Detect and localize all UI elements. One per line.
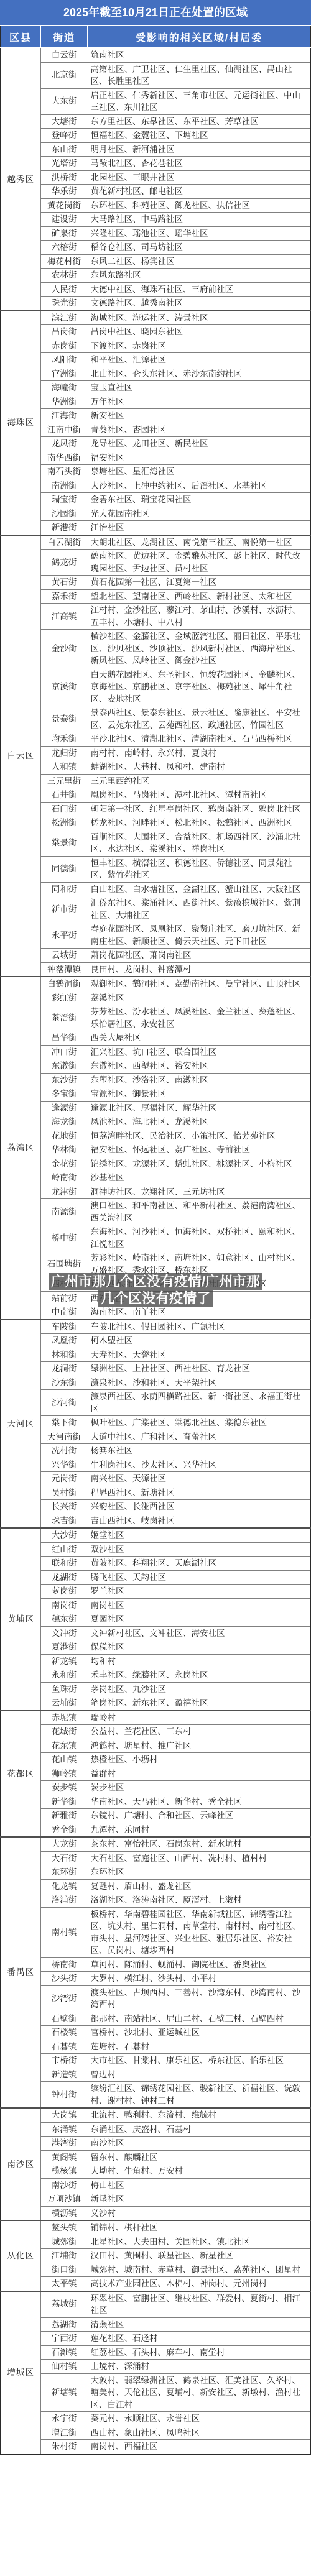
table-row: 花山镇热橙社区、小坜村 xyxy=(1,1753,310,1767)
street-cell: 南沙街 xyxy=(40,2178,88,2192)
table-row: 三元里街三元里西约社区 xyxy=(1,774,310,788)
table-row: 南石头街泉塘社区、星汇湾社区 xyxy=(1,465,310,479)
street-cell: 南华西街 xyxy=(40,451,88,465)
street-cell: 横沥镇 xyxy=(40,2206,88,2220)
areas-cell: 杨箕东社区 xyxy=(88,1444,310,1458)
table-row: 茶滘街芬芳社区、汾水社区、凤溪社区、金兰社区、葵蓬社区、乐怡居社区、永安社区 xyxy=(1,1005,310,1031)
street-cell: 穗东街 xyxy=(40,1612,88,1627)
areas-cell: 白山社区、白水塘社区、金湖社区、蟹山社区、大陂社区 xyxy=(88,882,310,896)
table-row: 沙湾街渡头社区、古坝西村、三善村、沙湾东村、沙湾南村、沙湾西村 xyxy=(1,1985,310,2012)
areas-cell: 东涌社区、庆盛村、石基村 xyxy=(88,2122,310,2137)
areas-cell: 启正社区、仁秀新社区、三角市社区、元运街社区、中山三社区、东川社区 xyxy=(88,88,310,114)
table-row: 洪桥街北园社区、三眼井社区 xyxy=(1,170,310,185)
areas-cell: 鸿鹤村、塘星村、推广社区 xyxy=(88,1739,310,1753)
table-row: 凤阳街和平社区、汇源社区 xyxy=(1,353,310,367)
district-cell: 荔湾区 xyxy=(1,977,40,1320)
table-body: 越秀区白云街筑南社区北京街高第社区、广卫社区、仁生里社区、仙湖社区、禺山社区、长… xyxy=(1,48,310,2454)
street-cell: 鳌头镇 xyxy=(40,2220,88,2235)
table-row: 炭步镇炭步社区 xyxy=(1,1781,310,1795)
table-row: 横沥镇义沙村 xyxy=(1,2206,310,2220)
table-row: 南村镇板桥村、华南碧桂园社区、华南新城社区、锦绣香江社区、坑头村、里仁洞村、南草… xyxy=(1,1907,310,1957)
table-row: 冼村街杨箕东社区 xyxy=(1,1444,310,1458)
table-row: 同德街恒丰社区、横滘社区、积德社区、侨德社区、同景苑社区、紫竹苑社区 xyxy=(1,856,310,882)
areas-cell: 大坳村、牛角村、万安村 xyxy=(88,2164,310,2179)
areas-cell: 稻谷仓社区、司马坊社区 xyxy=(88,241,310,255)
street-cell: 榄核镇 xyxy=(40,2164,88,2179)
table-row: 黄花岗街东环社区、科苑社区、御龙社区、执信社区 xyxy=(1,198,310,213)
areas-cell: 铺锦村、棋杆社区 xyxy=(88,2220,310,2235)
street-cell: 洪桥街 xyxy=(40,170,88,185)
areas-cell: 复甦村、眉山村、盛龙社区 xyxy=(88,1879,310,1893)
street-cell: 云城街 xyxy=(40,949,88,963)
street-cell: 松洲街 xyxy=(40,816,88,830)
areas-cell: 海城社区、海运社区、涛景社区 xyxy=(88,311,310,325)
areas-cell: 马鞍北社区、杏花巷社区 xyxy=(88,157,310,171)
areas-cell: 保税社区 xyxy=(88,1640,310,1655)
table-row: 西村街环市西苑社区、西湾社区、增埗社区、长乐社区 xyxy=(1,1277,310,1292)
table-row: 龙津街洞神坊社区、龙翔社区、三元坊社区 xyxy=(1,1185,310,1199)
table-row: 大东街启正社区、仁秀新社区、三角市社区、元运街社区、中山三社区、东川社区 xyxy=(1,88,310,114)
table-row: 石碁镇莲塘村、石碁村 xyxy=(1,2040,310,2054)
street-cell: 永宁街 xyxy=(40,2412,88,2426)
street-cell: 新华街 xyxy=(40,1795,88,1809)
table-row: 花地街恒荔湾畔社区、民治社区、小策社区、怡芳苑社区 xyxy=(1,1129,310,1143)
street-cell: 宁西街 xyxy=(40,2332,88,2346)
street-cell: 新市街 xyxy=(40,896,88,922)
areas-cell: 西关大屋社区 xyxy=(88,1031,310,1046)
areas-cell: 三元里西约社区 xyxy=(88,774,310,788)
table-row: 岭南街沙基社区 xyxy=(1,1171,310,1185)
areas-cell: 景泰西社区、景泰东社区、景云社区、隆康社区、平安社区、云苑东社区、云苑西社区、政… xyxy=(88,706,310,732)
areas-cell: 上境村、深涌村 xyxy=(88,2360,310,2374)
areas-cell: 大罗村、横江村、沙头村、小平村 xyxy=(88,1972,310,1986)
street-cell: 海龙街 xyxy=(40,1115,88,1129)
table-row: 天河区车陂街车陂北社区、假日园社区、广氮社区 xyxy=(1,1320,310,1334)
areas-cell: 东海社区、河沙社区、恒海社区、双桥社区、颐和社区、江悦社区 xyxy=(88,1225,310,1251)
areas-cell: 双沙社区 xyxy=(88,1542,310,1557)
areas-cell: 莲塘村、石碁村 xyxy=(88,2040,310,2054)
table-row: 员村街程界西社区、新塘社区 xyxy=(1,1486,310,1500)
table-row: 秀全街九潭村、乐同村 xyxy=(1,1823,310,1837)
areas-cell: 兴隆社区、瑶池社区、瑶华社区 xyxy=(88,226,310,241)
areas-cell: 环翠社区、富鹏社区、继枝社区、群爱村、夏街村、相江社区 xyxy=(88,2291,310,2318)
street-cell: 东涌镇 xyxy=(40,2122,88,2137)
street-cell: 大岗镇 xyxy=(40,2108,88,2122)
street-cell: 桥中街 xyxy=(40,1225,88,1251)
table-row: 港湾街南沙社区 xyxy=(1,2137,310,2151)
areas-cell: 禾丰社区、绿藤社区、永岗社区 xyxy=(88,1668,310,1683)
street-cell: 金花街 xyxy=(40,1157,88,1171)
table-row: 南洲街大沙社区、上冲中约社区、后滘社区、水基社区 xyxy=(1,479,310,493)
column-header-district: 区县 xyxy=(1,26,40,48)
street-cell: 石壁街 xyxy=(40,2012,88,2026)
street-cell: 赤岗街 xyxy=(40,339,88,353)
areas-cell: 夏园社区 xyxy=(88,1612,310,1627)
district-cell: 番禺区 xyxy=(1,1837,40,2108)
street-cell: 海幢街 xyxy=(40,381,88,395)
street-cell: 江高镇 xyxy=(40,604,88,630)
street-cell: 元岗街 xyxy=(40,1472,88,1486)
street-cell: 东环街 xyxy=(40,1865,88,1880)
areas-cell: 黄陂社区、科翔社区、天鹿湖社区 xyxy=(88,1557,310,1571)
areas-cell: 均和村 xyxy=(88,1654,310,1668)
table-row: 狮岭镇益群村 xyxy=(1,1767,310,1781)
street-cell: 荔湖街 xyxy=(40,2317,88,2332)
street-cell: 均禾街 xyxy=(40,732,88,747)
table-row: 联和街黄陂社区、科翔社区、天鹿湖社区 xyxy=(1,1557,310,1571)
areas-cell: 宝玉直社区 xyxy=(88,381,310,395)
street-cell: 鱼珠街 xyxy=(40,1682,88,1696)
street-cell: 萝岗街 xyxy=(40,1585,88,1599)
street-cell: 天河南街 xyxy=(40,1430,88,1444)
street-cell: 大沙街 xyxy=(40,1528,88,1542)
table-row: 街口街城郊村、城南村、赤草村、御景社区、荔苑社区、团星村 xyxy=(1,2263,310,2277)
table-row: 元岗街南兴社区、天源社区 xyxy=(1,1472,310,1486)
street-cell: 狮岭镇 xyxy=(40,1767,88,1781)
street-cell: 大石街 xyxy=(40,1851,88,1865)
table-row: 云埔街笔岗社区、新东社区、盈禧社区 xyxy=(1,1696,310,1711)
areas-cell: 缤纷汇社区、锦绣花园社区、骏新社区、祈福社区、诜敦村、谢村村、钟村三村 xyxy=(88,2082,310,2109)
street-cell: 花地街 xyxy=(40,1129,88,1143)
street-cell: 同和街 xyxy=(40,882,88,896)
street-cell: 永和街 xyxy=(40,1668,88,1683)
areas-cell: 东塱社区、沙洛社区、南漖社区 xyxy=(88,1073,310,1087)
areas-cell: 柯木塱社区 xyxy=(88,1334,310,1348)
table-row: 朱村街南岗村、西福社区 xyxy=(1,2440,310,2454)
street-cell: 龙归街 xyxy=(40,746,88,760)
street-cell: 冼村街 xyxy=(40,1444,88,1458)
street-cell: 街口街 xyxy=(40,2263,88,2277)
areas-cell: 东漖社区、西塱社区、裕安社区 xyxy=(88,1059,310,1074)
table-row: 六榕街稻谷仓社区、司马坊社区 xyxy=(1,241,310,255)
street-cell: 洛浦街 xyxy=(40,1893,88,1908)
areas-cell: 北星社区、大夫田村、关围社区、镇北社区 xyxy=(88,2235,310,2249)
areas-cell: 海南社区、南丫社区 xyxy=(88,1305,310,1320)
street-cell: 港湾街 xyxy=(40,2137,88,2151)
table-row: 穗东街夏园社区 xyxy=(1,1612,310,1627)
table-row: 松洲街槎龙社区、河畔社区、松北社区、松鹤社区、西洲社区 xyxy=(1,816,310,830)
table-row: 石门街朝阳第一社区、红星亭岗社区、鸦岗南社区、鸦岗北社区 xyxy=(1,802,310,816)
table-row: 棠景街百顺社区、大围社区、合益社区、机场西社区、沙涌北社区、水边社区、棠溪社区、… xyxy=(1,830,310,856)
areas-cell: 蚌湖社区、大巷村、凤和村、建南村 xyxy=(88,760,310,775)
street-cell: 江海街 xyxy=(40,409,88,423)
table-row: 花城街公益村、兰花社区、三东村 xyxy=(1,1725,310,1739)
areas-cell: 牛利岗社区、沙太社区、兴华社区 xyxy=(88,1458,310,1472)
areas-cell: 芳彩社区、岭南社区、南塘社区、如意社区、山村社区、万盛社区、秀水社区、桥东社区 xyxy=(88,1251,310,1277)
district-cell: 白云区 xyxy=(1,535,40,977)
street-cell: 夏港街 xyxy=(40,1640,88,1655)
table-row: 市桥街大市社区、甘棠村、康乐社区、桥东社区、怡乐社区 xyxy=(1,2054,310,2068)
street-cell: 金沙街 xyxy=(40,630,88,668)
street-cell: 彩虹街 xyxy=(40,991,88,1005)
street-cell: 新港街 xyxy=(40,521,88,535)
table-row: 海龙街凤池社区、海北社区、龙溪社区 xyxy=(1,1115,310,1129)
areas-cell: 吉山西社区、岐岗社区 xyxy=(88,1514,310,1528)
street-cell: 万顷沙镇 xyxy=(40,2192,88,2207)
street-cell: 多宝街 xyxy=(40,1087,88,1102)
table-row: 鹤龙街鹤南社区、黄边社区、金碧雅苑社区、彭上社区、时代玫瑰园社区、尹边社区、员村… xyxy=(1,550,310,576)
table-row: 新港街江怡社区 xyxy=(1,521,310,535)
table-row: 钟落潭镇良田村、龙岗村、钟落潭村 xyxy=(1,962,310,977)
table-row: 江埔街汉田村、黄围村、联星社区、新星社区 xyxy=(1,2249,310,2263)
street-cell: 棠下街 xyxy=(40,1416,88,1430)
table-row: 珠吉街吉山西社区、岐岗社区 xyxy=(1,1514,310,1528)
street-cell: 华洲街 xyxy=(40,395,88,409)
street-cell: 瑞宝街 xyxy=(40,493,88,507)
table-row: 化龙镇复甦村、眉山村、盛龙社区 xyxy=(1,1879,310,1893)
table-row: 太平镇高技术产业园社区、木棉村、神岗村、元州岗村 xyxy=(1,2277,310,2291)
areas-cell: 车陂北社区、假日园社区、广氮社区 xyxy=(88,1320,310,1334)
table-row: 洛浦街洛湖社区、洛涛南社区、厦滘村、上漖村 xyxy=(1,1893,310,1908)
table-row: 永宁街葵元村、永顺社区、永誉社区 xyxy=(1,2412,310,2426)
table-row: 珠光街文德路社区、越秀南社区 xyxy=(1,297,310,311)
table-row: 沙头街大罗村、横江村、沙头村、小平村 xyxy=(1,1972,310,1986)
table-row: 东沙街东塱社区、沙洛社区、南漖社区 xyxy=(1,1073,310,1087)
street-cell: 增江街 xyxy=(40,2426,88,2440)
street-cell: 花城街 xyxy=(40,1725,88,1739)
table-row: 城郊街北星社区、大夫田村、关围社区、镇北社区 xyxy=(1,2235,310,2249)
table-row: 大石街大石社区、富庭社区、山西村、冼村村、植村村 xyxy=(1,1851,310,1865)
areas-cell: 北园社区、三眼井社区 xyxy=(88,170,310,185)
areas-cell: 腾飞社区、天韵社区 xyxy=(88,1570,310,1585)
areas-cell: 高第社区、广卫社区、仁生里社区、仙湖社区、禺山社区、长胜里社区 xyxy=(88,62,310,88)
street-cell: 兴华街 xyxy=(40,1458,88,1472)
street-cell: 西村街 xyxy=(40,1277,88,1292)
table-row: 白云区白云湖街大朗北社区、龙湖社区、南悦第三社区、南悦第一社区 xyxy=(1,535,310,550)
street-cell: 滨江街 xyxy=(40,311,88,325)
table-row: 站前街西站社区 xyxy=(1,1291,310,1305)
street-cell: 嘉禾街 xyxy=(40,589,88,604)
page: 2025年截至10月21日正在处置的区域 区县 街道 受影响的相关区域/村居委 … xyxy=(0,0,311,2455)
table-row: 建设街大马路社区、中马路社区 xyxy=(1,213,310,227)
street-cell: 南石头街 xyxy=(40,465,88,479)
street-cell: 花山镇 xyxy=(40,1753,88,1767)
areas-cell: 澳口社区、和平南社区、和平新村社区、荔港南湾社区、西关海社区 xyxy=(88,1199,310,1225)
street-cell: 林和街 xyxy=(40,1348,88,1362)
areas-cell: 文冲新村社区、文冲社区、海安社区 xyxy=(88,1626,310,1640)
areas-cell: 下渡社区、赤岗社区 xyxy=(88,339,310,353)
areas-cell: 百顺社区、大围社区、合益社区、机场西社区、沙涌北社区、水边社区、棠溪社区、祥岗社… xyxy=(88,830,310,856)
table-row: 云城街萧岗花园社区、萧岗南社区 xyxy=(1,949,310,963)
table-row: 南岗街南岗社区 xyxy=(1,1598,310,1612)
table-row: 多宝街宝源社区、御景社区 xyxy=(1,1087,310,1102)
street-cell: 桥南街 xyxy=(40,1957,88,1972)
table-row: 从化区鳌头镇铺锦村、棋杆社区 xyxy=(1,2220,310,2235)
areas-cell: 万年社区 xyxy=(88,395,310,409)
areas-cell: 曾边村 xyxy=(88,2068,310,2082)
table-row: 南沙街梅山社区 xyxy=(1,2178,310,2192)
street-cell: 石门街 xyxy=(40,802,88,816)
areas-cell: 留东村、麒麟社区 xyxy=(88,2150,310,2164)
areas-cell: 梅山社区 xyxy=(88,2178,310,2192)
street-cell: 南洲街 xyxy=(40,479,88,493)
table-row: 新市街汇侨东社区、棠涌社区、西街社区、紫薇槟城社区、紫荆社区、大埔社区 xyxy=(1,896,310,922)
street-cell: 六榕街 xyxy=(40,241,88,255)
areas-cell: 大石社区、富庭社区、山西村、冼村村、植村村 xyxy=(88,1851,310,1865)
areas-cell: 文德路社区、越秀南社区 xyxy=(88,297,310,311)
areas-cell: 高技术产业园社区、木棉村、神岗村、元州岗村 xyxy=(88,2277,310,2291)
street-cell: 龙津街 xyxy=(40,1185,88,1199)
areas-cell: 都那村、南站社区、屏山二村、石壁三村、石壁四村 xyxy=(88,2012,310,2026)
street-cell: 文冲街 xyxy=(40,1626,88,1640)
street-cell: 车陂街 xyxy=(40,1320,88,1334)
areas-cell: 恒福社区、金麓社区、下塘社区 xyxy=(88,129,310,143)
table-row: 新龙镇均和村 xyxy=(1,1654,310,1668)
areas-cell: 青葵社区、杏园社区 xyxy=(88,423,310,437)
table-row: 兴华街牛利岗社区、沙太社区、兴华社区 xyxy=(1,1458,310,1472)
areas-cell: 新安社区 xyxy=(88,409,310,423)
areas-cell: 红荔社区、石头村、麻车村、南坣村 xyxy=(88,2345,310,2360)
areas-cell: 大德中社区、海珠石社区、三府前社区 xyxy=(88,282,310,297)
table-row: 增城区荔城街环翠社区、富鹏社区、继枝社区、群爱村、夏街村、相江社区 xyxy=(1,2291,310,2318)
areas-cell: 莲花社区、石迳村 xyxy=(88,2332,310,2346)
table-row: 东环街东环社区 xyxy=(1,1865,310,1880)
areas-cell: 明月社区、新河浦社区 xyxy=(88,142,310,157)
table-row: 江南中街青葵社区、杏园社区 xyxy=(1,423,310,437)
street-cell: 新塘镇 xyxy=(40,2373,88,2412)
table-row: 夏港街保税社区 xyxy=(1,1640,310,1655)
areas-cell: 姬堂社区 xyxy=(88,1528,310,1542)
street-cell: 花东镇 xyxy=(40,1739,88,1753)
street-cell: 东沙街 xyxy=(40,1073,88,1087)
table-row: 龙凤街龙导社区、龙田社区、新民社区 xyxy=(1,437,310,451)
street-cell: 昌华街 xyxy=(40,1031,88,1046)
areas-cell: 大朗北社区、龙湖社区、南悦第三社区、南悦第一社区 xyxy=(88,535,310,550)
table-row: 昌岗街昌岗中社区、晓园东社区 xyxy=(1,325,310,339)
street-cell: 沙头街 xyxy=(40,1972,88,1986)
table-row: 梅花村街东风二社区、杨箕社区 xyxy=(1,254,310,269)
street-cell: 昌岗街 xyxy=(40,325,88,339)
table-row: 林和街天寿社区、天誉社区 xyxy=(1,1348,310,1362)
column-header-areas: 受影响的相关区域/村居委 xyxy=(88,26,310,48)
table-row: 永和街禾丰社区、绿藤社区、永岗社区 xyxy=(1,1668,310,1683)
table-row: 花都区赤坭镇瑞岭村 xyxy=(1,1711,310,1725)
street-cell: 登峰街 xyxy=(40,129,88,143)
areas-cell: 清燕社区 xyxy=(88,2317,310,2332)
table-row: 榄核镇大坳村、牛角村、万安村 xyxy=(1,2164,310,2179)
street-cell: 大龙街 xyxy=(40,1837,88,1851)
table-row: 黄阁镇留东村、麒麟社区 xyxy=(1,2150,310,2164)
street-cell: 钟村街 xyxy=(40,2082,88,2109)
street-cell: 凤阳街 xyxy=(40,353,88,367)
areas-cell: 罗兰社区 xyxy=(88,1585,310,1599)
table-row: 红山街双沙社区 xyxy=(1,1542,310,1557)
table-row: 人和镇蚌湖社区、大巷村、凤和村、建南村 xyxy=(1,760,310,775)
street-cell: 秀全街 xyxy=(40,1823,88,1837)
street-cell: 珠吉街 xyxy=(40,1514,88,1528)
areas-cell: 白天鹅花园社区、东圣社区、恒骏花园社区、金麟社区、京海社区、京鹏社区、京宇社区、… xyxy=(88,668,310,706)
table-row: 海幢街宝玉直社区 xyxy=(1,381,310,395)
table-row: 中南街海南社区、南丫社区 xyxy=(1,1305,310,1320)
areas-cell: 东方里社区、东皋社区、东平社区、芳草社区 xyxy=(88,114,310,129)
table-row: 官洲街北山社区、仑头东社区、赤沙东南约社区 xyxy=(1,367,310,381)
areas-cell: 朝阳第一社区、红星亭岗社区、鸦岗南社区、鸦岗北社区 xyxy=(88,802,310,816)
areas-cell: 南村村、南岭村、永兴村、夏良村 xyxy=(88,746,310,760)
areas-cell: 鹤南社区、黄边社区、金碧雅苑社区、彭上社区、时代玫瑰园社区、尹边社区、员村社区 xyxy=(88,550,310,576)
areas-cell: 汇兴社区、坑口社区、联合围社区 xyxy=(88,1045,310,1059)
table-row: 人民街大德中社区、海珠石社区、三府前社区 xyxy=(1,282,310,297)
table-row: 萝岗街罗兰社区 xyxy=(1,1585,310,1599)
street-cell: 珠光街 xyxy=(40,297,88,311)
table-row: 南华西街福安社区 xyxy=(1,451,310,465)
areas-cell: 瑞岭村 xyxy=(88,1711,310,1725)
table-row: 沙东街濂泉社区、沙和社区、天平架社区 xyxy=(1,1376,310,1390)
district-cell: 越秀区 xyxy=(1,48,40,311)
table-row: 新雅街东镜村、广塘村、合和社区、云峰社区 xyxy=(1,1809,310,1823)
table-row: 棠下街枫叶社区、广棠社区、棠德北社区、棠德东社区 xyxy=(1,1416,310,1430)
street-cell: 石井街 xyxy=(40,788,88,803)
table-row: 新造镇曾边村 xyxy=(1,2068,310,2082)
table-row: 万顷沙镇新垦社区 xyxy=(1,2192,310,2207)
street-cell: 员村街 xyxy=(40,1486,88,1500)
table-row: 农林街东风东路社区 xyxy=(1,269,310,283)
areas-cell: 葵元村、永顺社区、永誉社区 xyxy=(88,2412,310,2426)
table-row: 凤凰街柯木塱社区 xyxy=(1,1334,310,1348)
street-cell: 白鹤洞街 xyxy=(40,977,88,991)
table-row: 彩虹街荔溪社区 xyxy=(1,991,310,1005)
areas-cell: 绿洲社区、上社社区、西社社区、育龙社区 xyxy=(88,1362,310,1376)
table-row: 荔湖街清燕社区 xyxy=(1,2317,310,2332)
street-cell: 黄阁镇 xyxy=(40,2150,88,2164)
table-row: 东涌镇东涌社区、庆盛村、石基村 xyxy=(1,2122,310,2137)
areas-cell: 新垦社区 xyxy=(88,2192,310,2207)
street-cell: 中南街 xyxy=(40,1305,88,1320)
street-cell: 景泰街 xyxy=(40,706,88,732)
street-cell: 南源街 xyxy=(40,1199,88,1225)
areas-cell: 茅岗社区、九沙社区 xyxy=(88,1682,310,1696)
table-row: 番禺区大龙街茶东村、富怡社区、石岗东村、新水坑村 xyxy=(1,1837,310,1851)
street-cell: 仙村镇 xyxy=(40,2360,88,2374)
table-row: 仙村镇上境村、深涌村 xyxy=(1,2360,310,2374)
table-row: 同和街白山社区、白水塘社区、金湖社区、蟹山社区、大陂社区 xyxy=(1,882,310,896)
street-cell: 石楼镇 xyxy=(40,2026,88,2040)
areas-cell: 筑南社区 xyxy=(88,48,310,62)
areas-cell: 大敦村、翡翠绿洲社区、鹤泉社区、汇美社区、久裕村、塘美村、天伦社区、夏埔村、新安… xyxy=(88,2373,310,2412)
street-cell: 冲口街 xyxy=(40,1045,88,1059)
street-cell: 江南中街 xyxy=(40,423,88,437)
areas-cell: 公益村、兰花社区、三东村 xyxy=(88,1725,310,1739)
areas-cell: 东环社区、科苑社区、御龙社区、执信社区 xyxy=(88,198,310,213)
street-cell: 长兴街 xyxy=(40,1500,88,1514)
areas-cell: 茶东村、富怡社区、石岗东村、新水坑村 xyxy=(88,1837,310,1851)
areas-cell: 泉塘社区、星汇湾社区 xyxy=(88,465,310,479)
street-cell: 朱村街 xyxy=(40,2440,88,2454)
street-cell: 黄花岗街 xyxy=(40,198,88,213)
table-title: 2025年截至10月21日正在处置的区域 xyxy=(0,0,311,26)
areas-cell: 芬芳社区、汾水社区、凤溪社区、金兰社区、葵蓬社区、乐怡居社区、永安社区 xyxy=(88,1005,310,1031)
district-cell: 增城区 xyxy=(1,2291,40,2454)
street-cell: 红山街 xyxy=(40,1542,88,1557)
street-cell: 石滩镇 xyxy=(40,2345,88,2360)
table-row: 嘉禾街望北社区、望南社区、西岭社区、新村社区、太和社区 xyxy=(1,589,310,604)
table-row: 均禾街平沙北社区、清湖北社区、清湖南社区、石马西桥社区 xyxy=(1,732,310,747)
table-row: 龙归街南村村、南岭村、永兴村、夏良村 xyxy=(1,746,310,760)
street-cell: 云埔街 xyxy=(40,1696,88,1711)
areas-cell: 望北社区、望南社区、西岭社区、新村社区、太和社区 xyxy=(88,589,310,604)
street-cell: 华乐街 xyxy=(40,185,88,199)
street-cell: 棠景街 xyxy=(40,830,88,856)
street-cell: 东山街 xyxy=(40,142,88,157)
areas-cell: 福安社区 xyxy=(88,451,310,465)
table-row: 天河南街大道中社区、广和社区、育蕾社区 xyxy=(1,1430,310,1444)
areas-cell: 炭步社区 xyxy=(88,1781,310,1795)
street-cell: 黄石街 xyxy=(40,576,88,590)
district-cell: 从化区 xyxy=(1,2220,40,2291)
areas-cell: 龙导社区、龙田社区、新民社区 xyxy=(88,437,310,451)
table-row: 永平街春庭花园社区、凤凰社区、聚贤庄社区、磨刀坑社区、新南庄社区、新顺社区、倚云… xyxy=(1,922,310,949)
table-row: 瑞宝街金碧东社区、瑞宝花园社区 xyxy=(1,493,310,507)
areas-cell: 春庭花园社区、凤凰社区、聚贤庄社区、磨刀坑社区、新南庄社区、新顺社区、倚云天社区… xyxy=(88,922,310,949)
